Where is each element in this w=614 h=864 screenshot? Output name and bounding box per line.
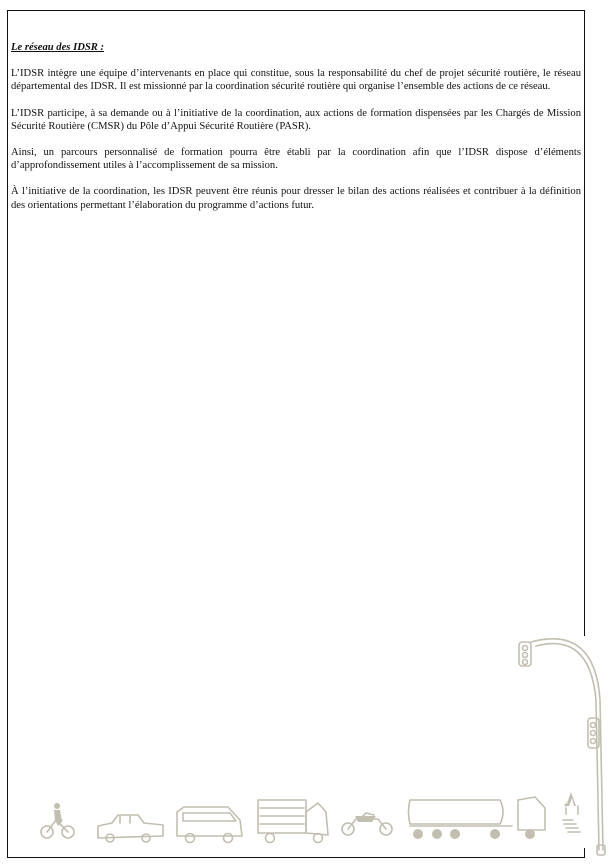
tanker-truck-icon (409, 797, 546, 839)
paragraph-2: L’IDSR participe, à sa demande ou à l’in… (11, 107, 581, 133)
page-border-right-lower (584, 848, 585, 858)
cyclist-icon (41, 803, 74, 838)
section-heading: Le réseau des IDSR : (11, 41, 581, 54)
car-icon (98, 815, 163, 842)
page-border-bottom (7, 857, 585, 858)
traffic-light-icon (519, 639, 605, 855)
document-body: Le réseau des IDSR : L’IDSR intègre une … (11, 41, 581, 225)
page-border-right-upper (584, 10, 585, 636)
paragraph-3: Ainsi, un parcours personnalisé de forma… (11, 146, 581, 172)
page-border-left (7, 10, 8, 858)
paragraph-1: L’IDSR intègre une équipe d’intervenants… (11, 67, 581, 93)
motorcycle-icon (342, 813, 392, 835)
paragraph-4: À l’initiative de la coordination, les I… (11, 185, 581, 211)
truck-icon (258, 800, 328, 843)
page-border-top (7, 10, 585, 11)
pedestrians-crosswalk-icon (563, 792, 580, 832)
van-icon (177, 807, 242, 843)
